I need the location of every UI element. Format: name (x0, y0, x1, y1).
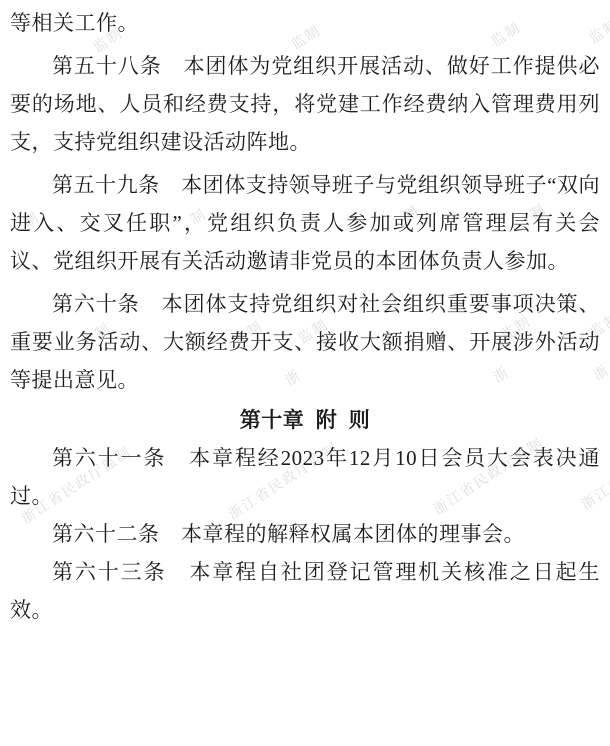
paragraph-continuation: 等相关工作。 (10, 4, 600, 42)
document-content: 等相关工作。 第五十八条 本团体为党组织开展活动、做好工作提供必要的场地、人员和… (0, 0, 610, 629)
paragraph-article-60: 第六十条 本团体支持党组织对社会组织重要事项决策、重要业务活动、大额经费开支、接… (10, 285, 600, 399)
document-page: 浙江省民政厅监制浙江省民政厅监制浙江省民政厅监制浙江省民政厅监制监制监制监制监制… (0, 0, 610, 746)
paragraph-article-59: 第五十九条 本团体支持领导班子与党组织领导班子“双向进入、交叉任职”，党组织负责… (10, 166, 600, 280)
paragraph-article-58: 第五十八条 本团体为党组织开展活动、做好工作提供必要的场地、人员和经费支持，将党… (10, 47, 600, 161)
paragraph-article-62: 第六十二条 本章程的解释权属本团体的理事会。 (10, 515, 600, 553)
paragraph-article-61: 第六十一条 本章程经2023年12月10日会员大会表决通过。 (10, 439, 600, 515)
chapter-heading: 第十章 附 则 (10, 401, 600, 439)
paragraph-article-63: 第六十三条 本章程自社团登记管理机关核准之日起生效。 (10, 553, 600, 629)
